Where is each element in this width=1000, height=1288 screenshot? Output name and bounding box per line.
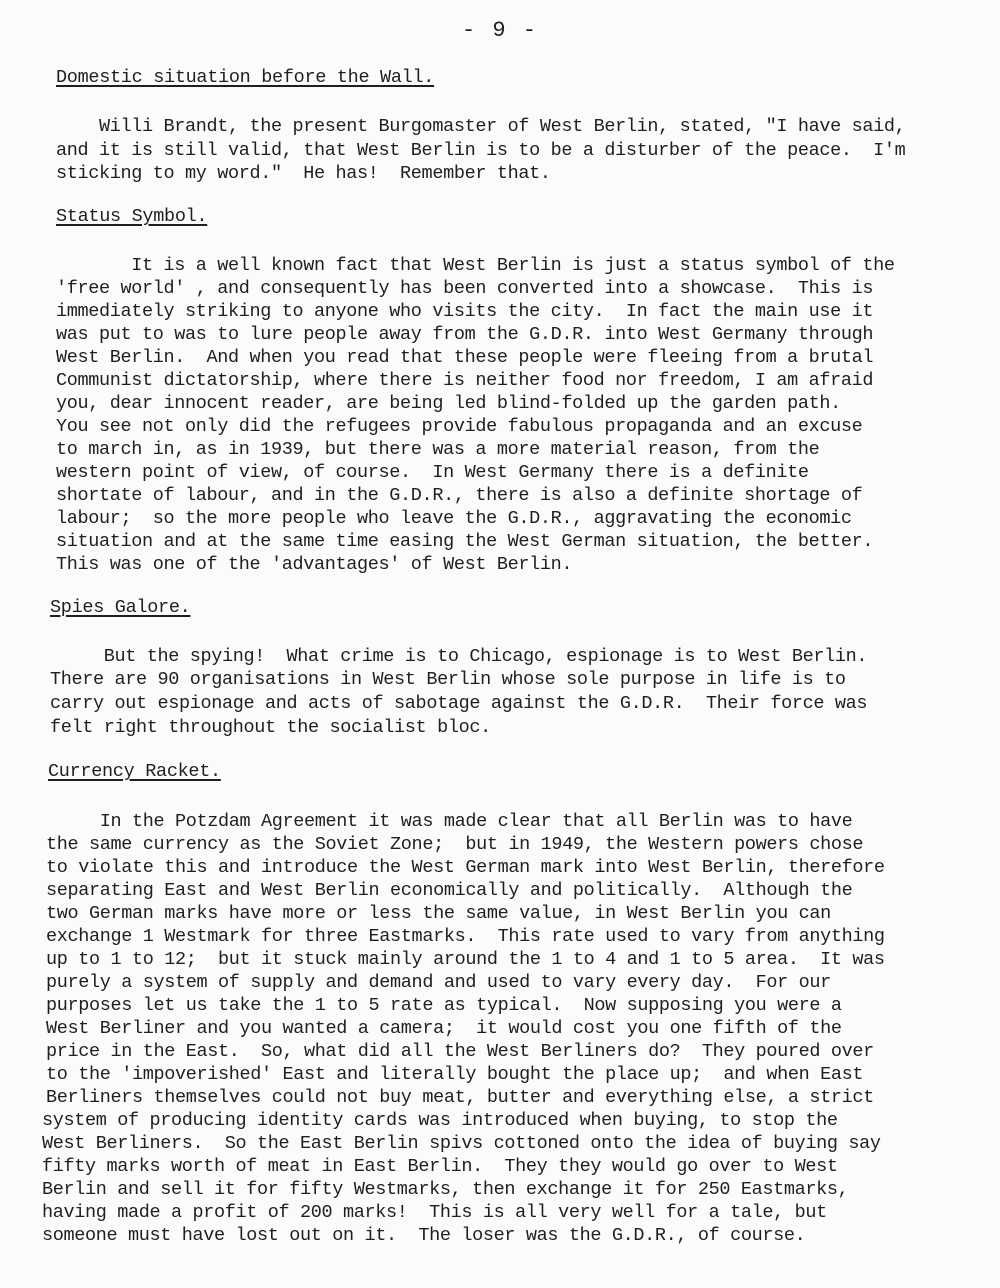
text-line: Communist dictatorship, where there is n… [56,369,873,392]
text-line: This was one of the 'advantages' of West… [56,553,572,576]
text-line: carry out espionage and acts of sabotage… [50,692,867,715]
text-line: purely a system of supply and demand and… [46,971,831,994]
text-line: West Berliners. So the East Berlin spivs… [42,1132,881,1155]
text-line: Berliners themselves could not buy meat,… [46,1086,874,1109]
text-line: exchange 1 Westmark for three Eastmarks.… [46,925,885,948]
text-line: was put to was to lure people away from … [56,323,873,346]
text-line: someone must have lost out on it. The lo… [42,1224,805,1247]
text-line: the same currency as the Soviet Zone; bu… [46,833,863,856]
text-line: sticking to my word." He has! Remember t… [56,162,551,185]
text-line: two German marks have more or less the s… [46,902,831,925]
text-line: But the spying! What crime is to Chicago… [50,645,867,668]
text-line: labour; so the more people who leave the… [56,507,852,530]
text-line: to march in, as in 1939, but there was a… [56,438,819,461]
section-heading-domestic: Domestic situation before the Wall. [56,67,434,88]
text-line: situation and at the same time easing th… [56,530,873,553]
text-line: and it is still valid, that West Berlin … [56,139,905,162]
text-line: price in the East. So, what did all the … [46,1040,874,1063]
section-heading-currency-racket: Currency Racket. [48,761,221,782]
section-heading-status-symbol: Status Symbol. [56,206,207,227]
text-line: felt right throughout the socialist bloc… [50,716,491,739]
text-line: Berlin and sell it for fifty Westmarks, … [42,1178,848,1201]
text-line: There are 90 organisations in West Berli… [50,668,846,691]
text-line: shortate of labour, and in the G.D.R., t… [56,484,862,507]
text-line: to the 'impoverished' East and literally… [46,1063,863,1086]
text-line: It is a well known fact that West Berlin… [56,254,895,277]
text-line: western point of view, of course. In Wes… [56,461,809,484]
text-line: Willi Brandt, the present Burgomaster of… [56,115,905,138]
text-line: you, dear innocent reader, are being led… [56,392,841,415]
section-heading-spies-galore: Spies Galore. [50,597,190,618]
document-page: - 9 - Domestic situation before the Wall… [0,0,1000,1288]
text-line: West Berliner and you wanted a camera; i… [46,1017,842,1040]
text-line: In the Potzdam Agreement it was made cle… [46,810,852,833]
text-line: West Berlin. And when you read that thes… [56,346,873,369]
text-line: up to 1 to 12; but it stuck mainly aroun… [46,948,885,971]
text-line: separating East and West Berlin economic… [46,879,852,902]
text-line: You see not only did the refugees provid… [56,415,862,438]
text-line: system of producing identity cards was i… [42,1109,838,1132]
text-line: having made a profit of 200 marks! This … [42,1201,827,1224]
text-line: to violate this and introduce the West G… [46,856,885,879]
text-line: purposes let us take the 1 to 5 rate as … [46,994,842,1017]
text-line: 'free world' , and consequently has been… [56,277,873,300]
text-line: immediately striking to anyone who visit… [56,300,873,323]
text-line: fifty marks worth of meat in East Berlin… [42,1155,838,1178]
page-number: - 9 - [0,18,1000,43]
